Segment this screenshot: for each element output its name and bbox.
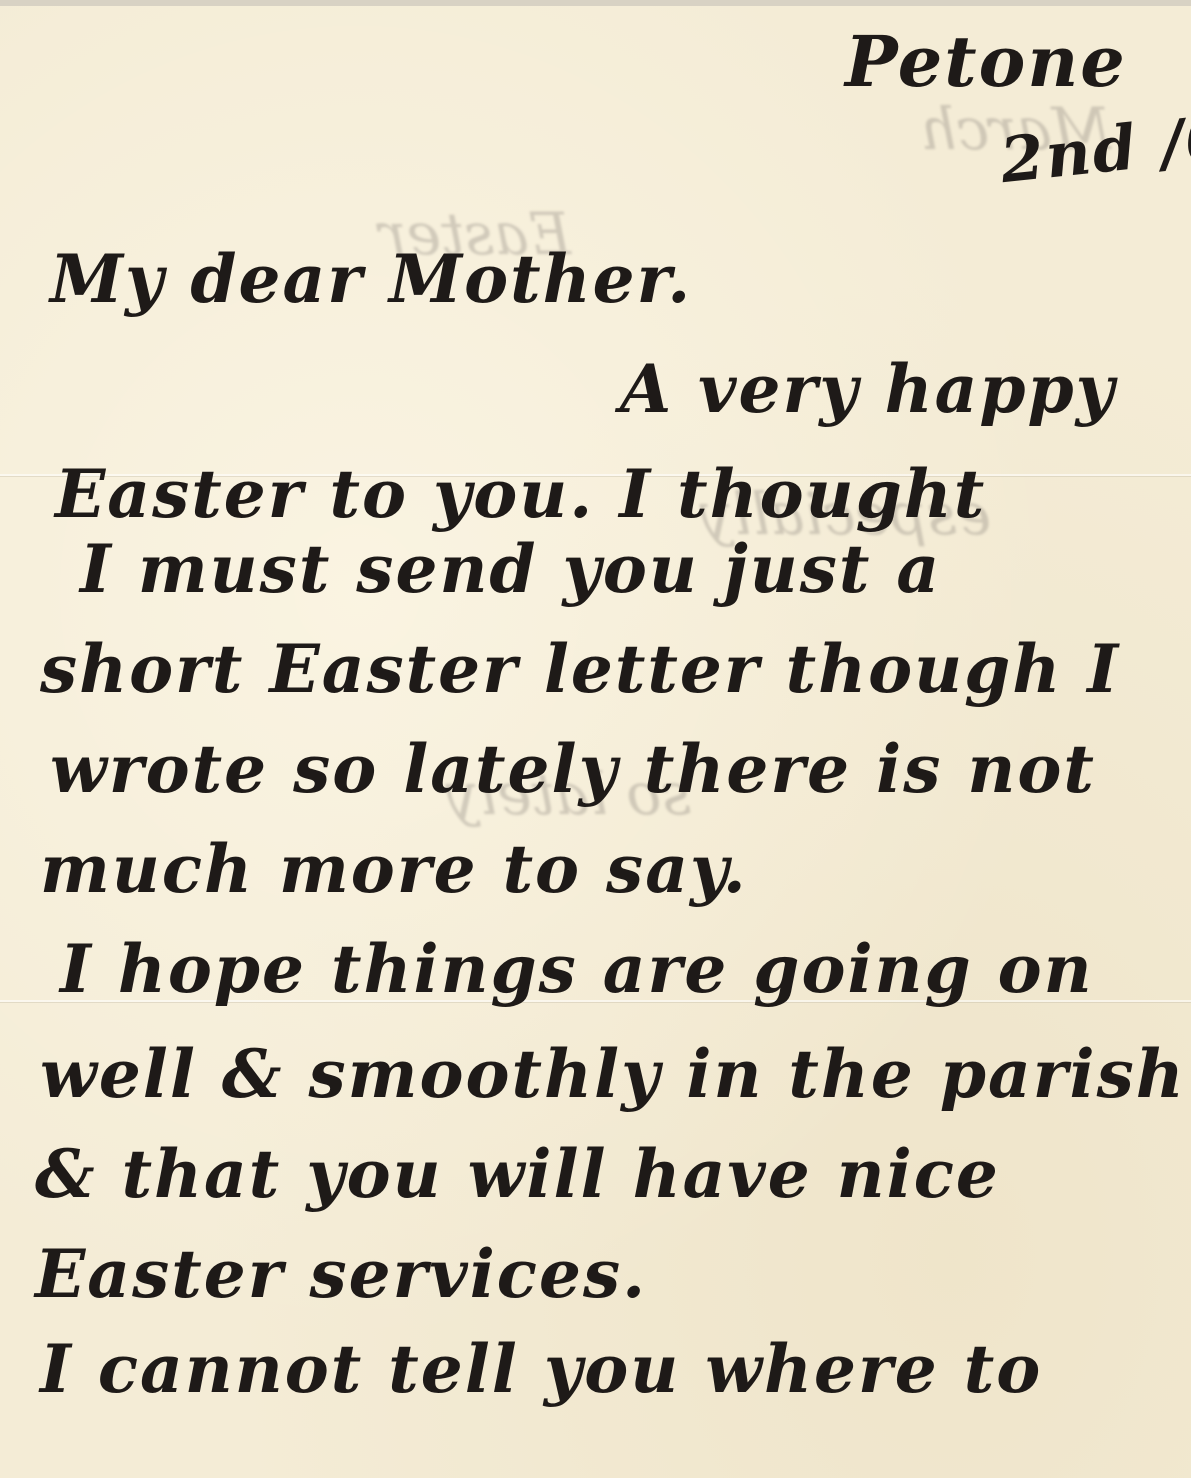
letter-line: Easter to you. I thought <box>55 455 986 533</box>
letter-place: Petone <box>845 20 1127 103</box>
paper-top-edge <box>0 0 1191 6</box>
letter-line: I cannot tell you where to <box>40 1330 1042 1408</box>
letter-line: short Easter letter though I <box>40 630 1120 708</box>
letter-line: I hope things are going on <box>60 930 1094 1008</box>
letter-line: Easter services. <box>35 1235 647 1313</box>
letter-salutation: My dear Mother. <box>50 240 692 318</box>
letter-line: & that you will have nice <box>35 1135 1000 1213</box>
letter-line: wrote so lately there is not <box>50 730 1096 808</box>
letter-page: March Easter especially so lately Petone… <box>0 0 1191 1478</box>
letter-line: much more to say. <box>40 830 748 908</box>
letter-line: I must send you just a <box>80 530 941 608</box>
letter-date: 2nd /06 <box>997 96 1191 197</box>
letter-line: A very happy <box>620 350 1116 428</box>
letter-line: well & smoothly in the parish <box>40 1035 1186 1113</box>
